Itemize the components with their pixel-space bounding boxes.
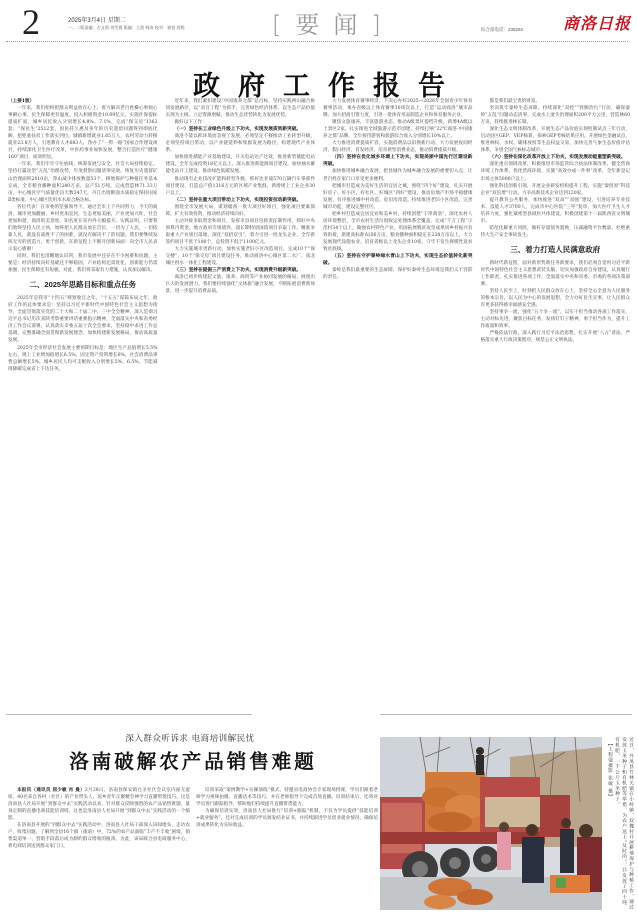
subsection-title: （二）坚持在重大项目带动上下功夫，实现投资拉动新突破。	[166, 197, 316, 204]
paragraph: 聚焦文旅康养，丰富旅游业态，推动A级景区提档升级，新增4A级以上景区2家。扎实推…	[323, 119, 473, 140]
paragraph: 2025年全市经济社会发展主要预期目标是：地区生产总值增长5.5%左右，规上工业…	[8, 345, 158, 373]
paragraph: 提升教育公共服务，加快推进“双高”“双强”建设，引进培养专业技术、技能人才370…	[481, 197, 631, 225]
paragraph: 商洛不能以抓环境而忽视了发展，必须坚定不移推动工业转型升级，必须坚持项目带动，以…	[166, 133, 316, 154]
paragraph: 坚持事争一流，强化“五个争一流”，以实干担当推动各项工作落实，主动对标先进，聚焦…	[481, 309, 631, 330]
story-divider	[6, 714, 252, 715]
section-heading: 三、着力打造人民满意政府	[481, 245, 631, 255]
paragraph: 各位代表！在市委的坚强领导下，通过全市上下共同努力，今天的商洛，城市更加靓丽、乡…	[8, 204, 158, 253]
paragraph: 坚持人民至上，时刻把人民群众放在心上，坚持全心全意为人民服务的根本宗旨，以人民为…	[481, 288, 631, 309]
paragraph: 大力实施城市更新行动，加快实施老旧小区改造项目，完成10个“保交楼”、10个“保…	[166, 246, 316, 267]
paragraph: 在洛南县开展的“到群众中去”实践活动中，洛南县人社局干部深入田间地头，走访农户，…	[8, 822, 190, 850]
paragraph: 把城市打造成为美好生活的宜居之城，围绕“四个好”建设，扎实开展好房子、好小区、好…	[323, 183, 473, 211]
subsection-title: （三）坚持在提振三产消费上下功夫，实现消费升级新突破。	[166, 267, 316, 274]
paragraph: 大力发展体育赛事经济，下决心办好2025—2026年全国青少年体育赛事活动，承办…	[323, 98, 473, 119]
issue-date: 2025年3月4日 星期二	[68, 15, 126, 24]
paragraph: 主动对接争取资金和项目，发挥市县项目包抓责任制作用，抓好中央预算内资金、地方政府…	[166, 218, 316, 246]
paragraph: 严格依法行政，深入践行习近平法治思想，扎实开展“八五”普法，严格落实重大行政决策…	[481, 330, 631, 344]
subsection-title: （六）坚持在深化改革开放上下功夫，实现发展动能重塑新突破。	[481, 154, 631, 161]
paragraph: 商洛已初步构建起文旅、康养、商贸等产业协同发展的格局，展现出巨大的发展潜力。我们…	[166, 274, 316, 295]
photo-credit: 【王程强摄影 张敏 摄】	[606, 741, 613, 910]
paragraph: 深化重点领域改革，积极推进市场监管综合执法体制改革，健全营商环境工作体系，优化营…	[481, 161, 631, 182]
story-kicker: 深入群众听诉求 电商培训解民忧	[0, 732, 380, 744]
paragraph: 培训采取“案例教学+实操演练”模式，特邀省电商协会专家现场授课，学员们跟着老师学…	[196, 787, 378, 808]
paragraph: 加快推进储能产业基地建设，开关电站达产达效，推进新型储能电站建设，全年完成投资1…	[166, 154, 316, 175]
caption-text: 近日，丹凤县竹林关镇在小岭镇、双槐村开展耕地保护与种植工作，通过发放玉米种子和有…	[614, 737, 633, 910]
column-3: 大力发展体育赛事经济，下决心办好2025—2026年全国青少年体育赛事活动，承办…	[323, 98, 473, 698]
story-divider	[380, 714, 632, 715]
paragraph: 近年来，我们紧扣建设“中国康养之都”总目标，坚持实践两山融合协同发展路径，以“双…	[166, 98, 316, 119]
story-headline: 洛南破解农产品销售难题	[28, 746, 358, 774]
editor-credits: 一、二版责编：吉文莉 刘雪霞 版编：王波 韩涛 校对：崔贤 郭悦	[68, 25, 185, 31]
story-byline: 本报讯（通讯员 屈少敏 肖 曼）	[17, 788, 85, 793]
paragraph: 秦岭是我们最重要的生态屏障，保护好秦岭生态环境是我们义不容辞的责任。	[323, 267, 473, 281]
news-photo	[380, 737, 602, 910]
story-column-1: 本报讯（通讯员 屈少敏 肖 曼）2月28日，洛南县保安镇仓圣社区会议室内座无虚席…	[8, 787, 190, 913]
paragraph: 2025年是我市“十四五”规划收官之年、“十五五”谋篇布局之年，政府工作的总体要…	[8, 295, 158, 344]
story-column-2: 培训采取“案例教学+实操演练”模式，特邀省电商协会专家现场授课，学员们跟着老师学…	[196, 787, 378, 913]
paragraph: 加快推进城乡融合发展，把县城作为城乡融合发展的重要切入点，让老百姓在家门口享受更…	[323, 168, 473, 182]
section-label: [要闻]	[272, 5, 395, 40]
paragraph: 同时，我们也清醒地认识到，我市发展中还存在不少困难和问题，主要是：经济持续向好基…	[8, 253, 158, 274]
paragraph: 一年来，我们始终把群众利益放在心上，着力解决老百姓操心事烦心事揪心事，民生保障更…	[8, 105, 158, 161]
paragraph: 围绕全市发展大局，谋划储备一批大项目好项目，强化项目要素保障，扩大有效投资，推动…	[166, 204, 316, 218]
paragraph: 大力推进消费提质扩容，实施消费品以旧换新行动，大力发展夜间经济、假日经济、首发经…	[323, 140, 473, 154]
paragraph: 坚决筑牢秦岭生态屏障，持续深化“双控”“铁腕治污”行动，确保秦岭“五乱”问题动态…	[481, 105, 631, 126]
section-heading: 二、2025年思路目标和重点任务	[8, 280, 158, 290]
paragraph: 新时代新征程，面对新形势新任务新要求，我们必须自觉用习近平新时代中国特色社会主义…	[481, 260, 631, 288]
subsection-title: （一）坚持在工业绿色升级上下功夫，实现发展质效新突破。	[166, 126, 316, 133]
story-body: 本报讯（通讯员 屈少敏 肖 曼）2月28日，洛南县保安镇仓圣社区会议室内座无虚席…	[8, 787, 378, 913]
paragraph: 防范化解重大风险，做好存量债务置换，压减融资平台数量，杜绝重特大生产安全事故发生…	[481, 225, 631, 239]
photo-caption: 近日，丹凤县竹林关镇在小岭镇、双槐村开展耕地保护与种植工作，通过发放玉米种子和有…	[604, 737, 634, 910]
paragraph: 一年来，我们牢牢守住底线，统筹发展与安全，社会大局持续稳定。坚持打赢攻坚“五乱”…	[8, 161, 158, 203]
paragraph: 做好以下工作：	[166, 119, 316, 126]
photo-truck-unloading-fertilizer	[380, 737, 602, 910]
newspaper-logo: 商洛日报	[563, 11, 631, 34]
report-body: （上接1版） 一年来，我们始终把群众利益放在心上，着力解决老百姓操心事烦心事揪心…	[8, 98, 630, 698]
subsection-title: （五）坚持在守护秦岭绿水青山上下功夫，实现生态价值转化新突破。	[323, 253, 473, 267]
subsection-title: （四）坚持在优化城乡环境上下功夫，实现美丽中国先行区建设新突破。	[323, 154, 473, 168]
masthead: 2 2025年3月4日 星期二 一、二版责编：吉文莉 刘雪霞 版编：王波 韩涛 …	[0, 0, 638, 46]
column-1: （上接1版） 一年来，我们始终把群众利益放在心上，着力解决老百姓操心事烦心事揪心…	[8, 98, 158, 698]
paragraph: 把乡村打造成宜居宜业和美乡村，持续创建“干净商洛”，深化农村人居环境整治，全市农…	[323, 211, 473, 253]
paragraph: 为确保培训实效，洛南县人社局推行“培训+跟踪”机制，不仅为学员提供“技能培训+就…	[196, 808, 378, 829]
paragraph: 都是我们最宝贵的财富。	[481, 98, 631, 105]
masthead-divider	[6, 41, 628, 42]
continued-from: （上接1版）	[8, 98, 158, 105]
paragraph: 深化生态文明体制改革，开展生态产品价值实现机制试点三年行动，启动县区GEP、VE…	[481, 126, 631, 154]
paragraph: 推动现有企业技改扩能和转型升级，抓好比亚迪570万辆汽车零部件项目建设，打造总产…	[166, 176, 316, 197]
paragraph: 强化科技创新引领，开展企业研发机构提升工程，实施“秦创原”科技企业“双倍增”行动…	[481, 183, 631, 197]
column-2: 近年来，我们紧扣建设“中国康养之都”总目标，坚持实践两山融合协同发展路径，以“双…	[166, 98, 316, 698]
page-number: 2	[22, 4, 40, 40]
department-phone: 综合部电话：238292	[481, 27, 523, 33]
column-4: 都是我们最宝贵的财富。 坚决筑牢秦岭生态屏障，持续深化“双控”“铁腕治污”行动，…	[481, 98, 631, 698]
